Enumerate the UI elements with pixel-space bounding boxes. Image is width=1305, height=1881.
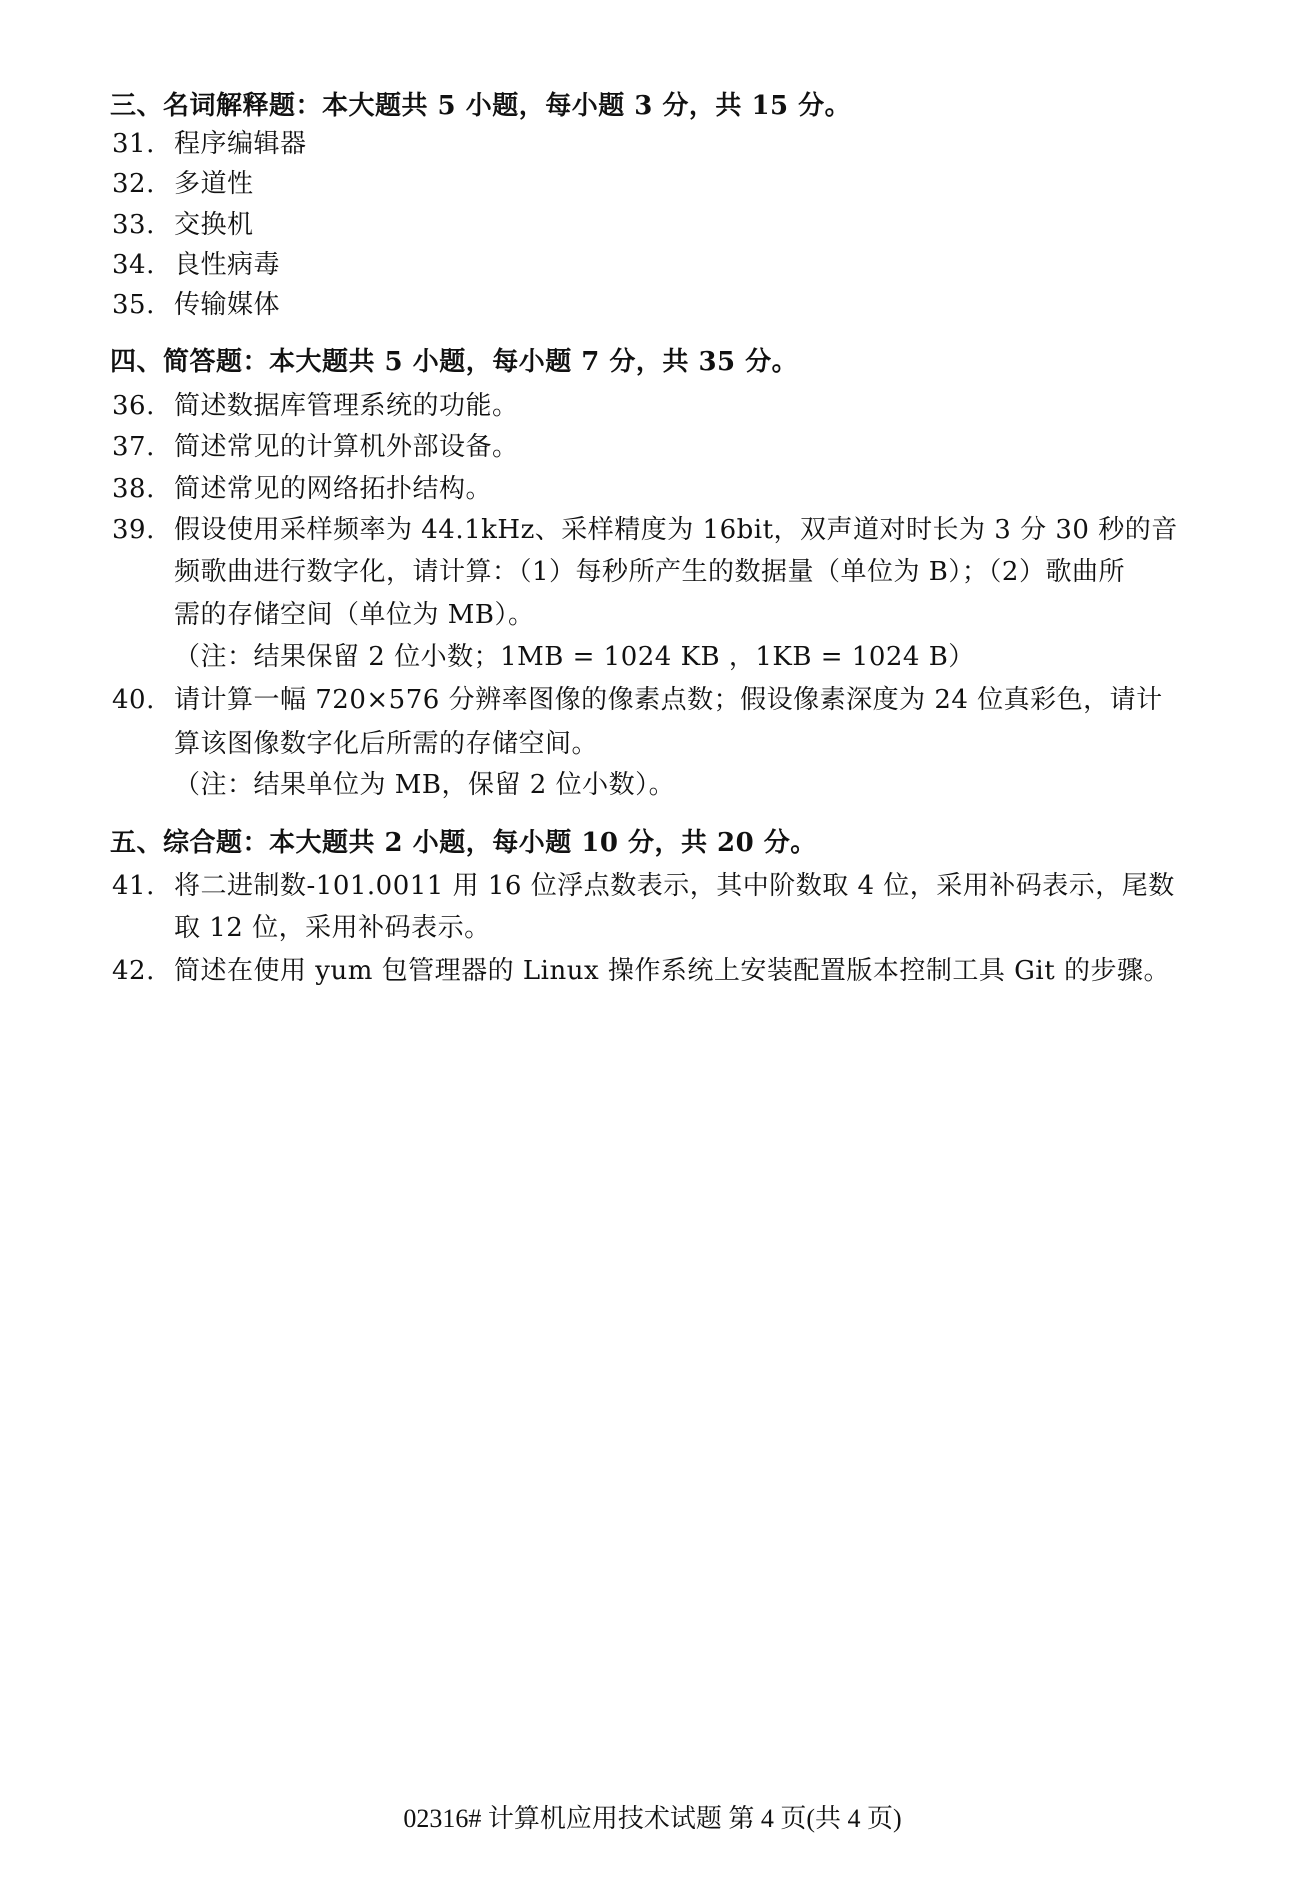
question-36: 36.简述数据库管理系统的功能。 [112,389,519,423]
section-heading-5: 五、综合题：本大题共 2 小题，每小题 10 分，共 20 分。 [110,826,817,860]
question-39-line-2: 频歌曲进行数字化，请计算：（1）每秒所产生的数据量（单位为 B）；（2）歌曲所 [174,555,1125,589]
question-text: 将二进制数-101.0011 用 16 位浮点数表示，其中阶数取 4 位，采用补… [174,871,1175,901]
question-number: 34. [112,248,174,282]
question-39-line-3: 需的存储空间（单位为 MB）。 [174,598,535,632]
question-number: 40. [112,683,174,717]
question-35: 35.传输媒体 [112,288,280,322]
question-40: 40.请计算一幅 720×576 分辨率图像的像素点数；假设像素深度为 24 位… [112,683,1163,717]
question-38: 38.简述常见的网络拓扑结构。 [112,472,492,506]
question-number: 31. [112,127,174,161]
question-33: 33.交换机 [112,208,254,242]
question-text: 简述数据库管理系统的功能。 [174,391,519,421]
question-40-note: （注：结果单位为 MB，保留 2 位小数）。 [174,768,675,802]
question-text: 请计算一幅 720×576 分辨率图像的像素点数；假设像素深度为 24 位真彩色… [174,685,1163,715]
question-37: 37.简述常见的计算机外部设备。 [112,430,519,464]
question-text: 假设使用采样频率为 44.1kHz、采样精度为 16bit，双声道对时长为 3 … [174,515,1178,545]
question-39: 39.假设使用采样频率为 44.1kHz、采样精度为 16bit，双声道对时长为… [112,513,1178,547]
question-31: 31.程序编辑器 [112,127,307,161]
question-number: 42. [112,954,174,988]
question-number: 39. [112,513,174,547]
question-41-line-2: 取 12 位，采用补码表示。 [174,911,491,945]
question-text: 简述在使用 yum 包管理器的 Linux 操作系统上安装配置版本控制工具 Gi… [174,956,1170,986]
section-heading-3: 三、名词解释题：本大题共 5 小题，每小题 3 分，共 15 分。 [110,89,851,123]
exam-page: 三、名词解释题：本大题共 5 小题，每小题 3 分，共 15 分。 31.程序编… [0,0,1305,1881]
question-text: 良性病毒 [174,250,280,280]
question-text: 程序编辑器 [174,129,307,159]
question-number: 35. [112,288,174,322]
question-text: 多道性 [174,169,254,199]
question-number: 37. [112,430,174,464]
question-41: 41.将二进制数-101.0011 用 16 位浮点数表示，其中阶数取 4 位，… [112,869,1175,903]
question-39-note: （注：结果保留 2 位小数；1MB = 1024 KB ，1KB = 1024 … [174,640,975,674]
question-number: 33. [112,208,174,242]
question-32: 32.多道性 [112,167,254,201]
question-number: 38. [112,472,174,506]
question-text: 简述常见的计算机外部设备。 [174,432,519,462]
question-text: 交换机 [174,210,254,240]
question-number: 41. [112,869,174,903]
question-34: 34.良性病毒 [112,248,280,282]
question-number: 36. [112,389,174,423]
question-text: 传输媒体 [174,290,280,320]
question-number: 32. [112,167,174,201]
question-text: 简述常见的网络拓扑结构。 [174,474,492,504]
page-footer: 02316# 计算机应用技术试题 第 4 页(共 4 页) [0,1802,1305,1836]
question-40-line-2: 算该图像数字化后所需的存储空间。 [174,727,598,761]
question-42: 42.简述在使用 yum 包管理器的 Linux 操作系统上安装配置版本控制工具… [112,954,1170,988]
section-heading-4: 四、简答题：本大题共 5 小题，每小题 7 分，共 35 分。 [110,345,798,379]
